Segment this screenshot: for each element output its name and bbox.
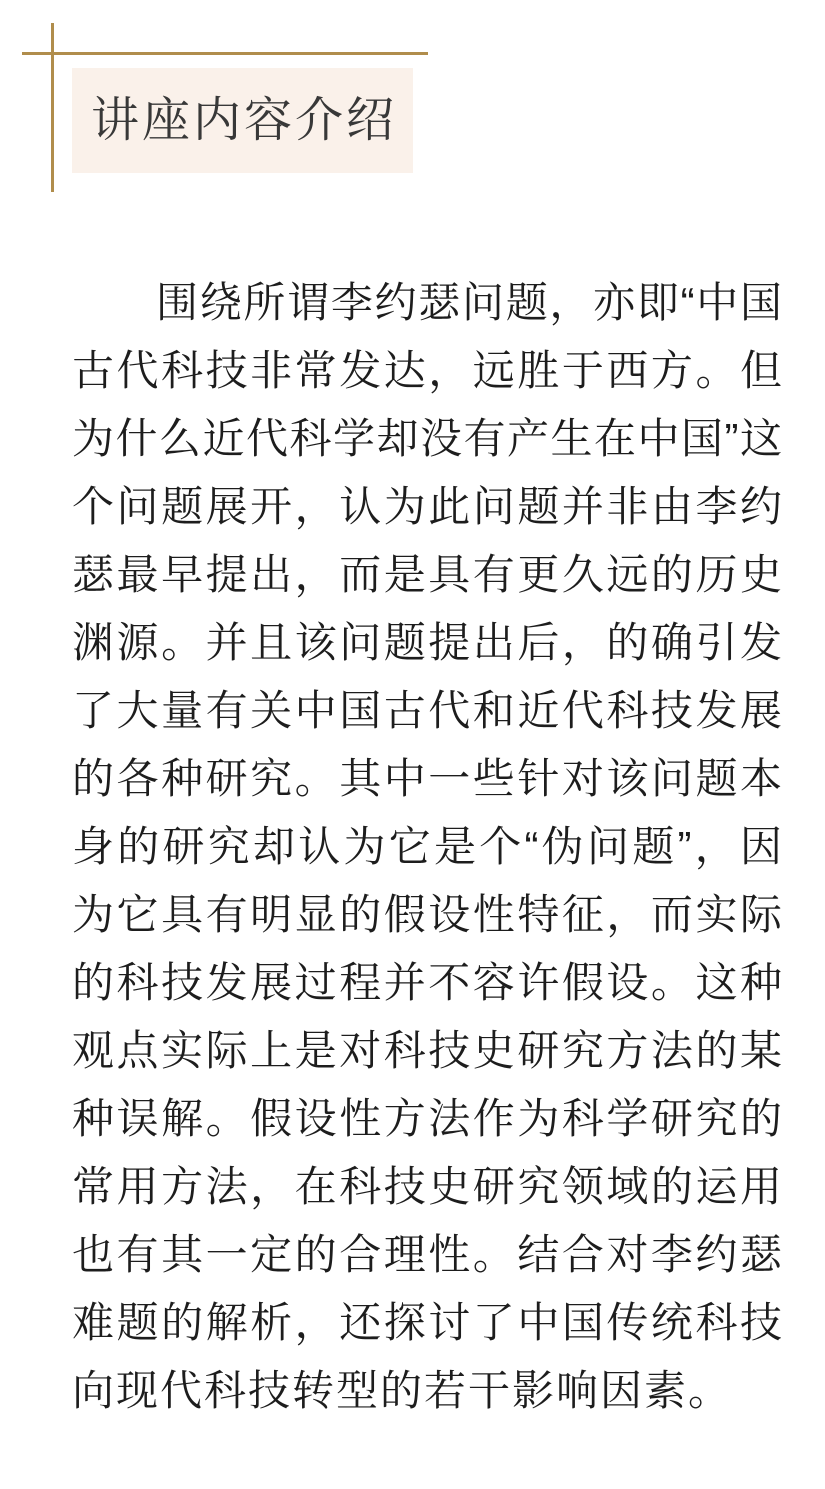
paragraph-line: 瑟最早提出，而是具有更久远的历史 <box>72 541 782 609</box>
paragraph-line: 难题的解析，还探讨了中国传统科技 <box>72 1289 782 1357</box>
paragraph-line: 种误解。假设性方法作为科学研究的 <box>72 1085 782 1153</box>
paragraph-line: 了大量有关中国古代和近代科技发展 <box>72 677 782 745</box>
paragraph-line: 的各种研究。其中一些针对该问题本 <box>72 745 782 813</box>
paragraph-line: 身的研究却认为它是个“伪问题”，因 <box>72 813 782 881</box>
paragraph-line: 个问题展开，认为此问题并非由李约 <box>72 473 782 541</box>
paragraph-line: 围绕所谓李约瑟问题，亦即“中国 <box>72 269 782 337</box>
section-title: 讲座内容介绍 <box>88 97 397 145</box>
paragraph-line: 向现代科技转型的若干影响因素。 <box>72 1357 782 1425</box>
paragraph-line: 观点实际上是对科技史研究方法的某 <box>72 1017 782 1085</box>
accent-vertical-line <box>51 23 54 192</box>
section-header-box: 讲座内容介绍 <box>72 68 413 173</box>
paragraph-line: 也有其一定的合理性。结合对李约瑟 <box>72 1221 782 1289</box>
paragraph-line: 渊源。并且该问题提出后，的确引发 <box>72 609 782 677</box>
paragraph-line: 常用方法，在科技史研究领域的运用 <box>72 1153 782 1221</box>
page: 讲座内容介绍 围绕所谓李约瑟问题，亦即“中国 古代科技非常发达，远胜于西方。但 … <box>0 0 825 1489</box>
paragraph-line: 古代科技非常发达，远胜于西方。但 <box>72 337 782 405</box>
paragraph-line: 的科技发展过程并不容许假设。这种 <box>72 949 782 1017</box>
lecture-abstract: 围绕所谓李约瑟问题，亦即“中国 古代科技非常发达，远胜于西方。但 为什么近代科学… <box>72 269 782 1425</box>
paragraph-line: 为什么近代科学却没有产生在中国”这 <box>72 405 782 473</box>
paragraph-line: 为它具有明显的假设性特征，而实际 <box>72 881 782 949</box>
accent-horizontal-line <box>22 52 428 55</box>
